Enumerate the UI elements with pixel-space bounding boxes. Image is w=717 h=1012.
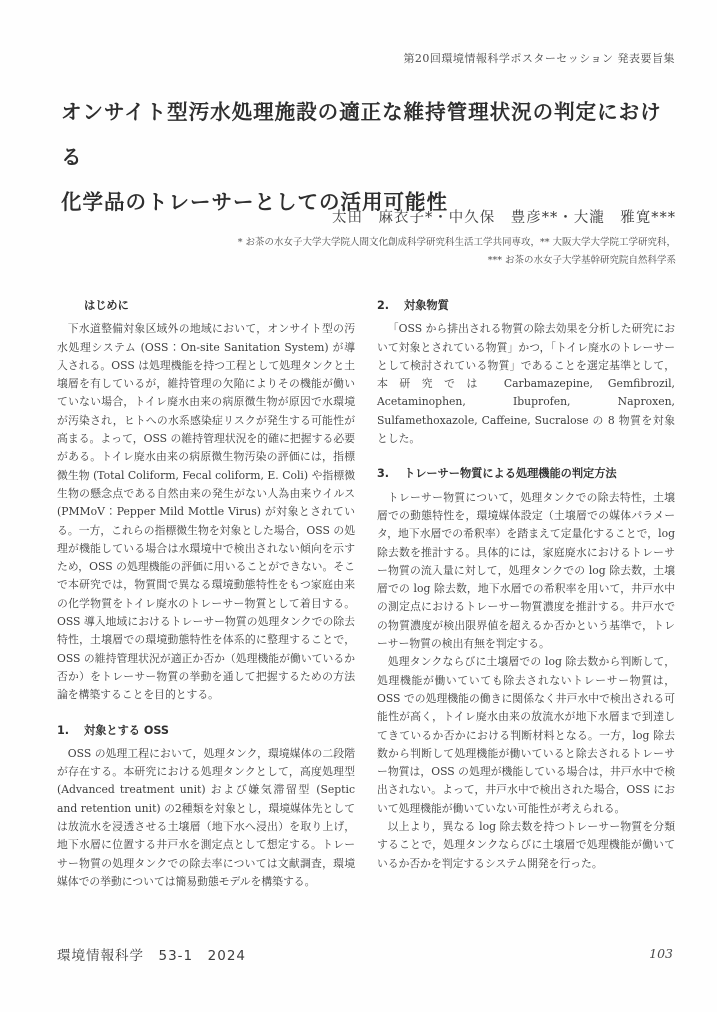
section-1-number: 1. (57, 722, 84, 740)
paper-title: オンサイト型汚水処理施設の適正な維持管理状況の判定における 化学品のトレーサーと… (61, 90, 676, 225)
paper-title-line1: オンサイト型汚水処理施設の適正な維持管理状況の判定における (61, 90, 676, 180)
author-names: 太田 麻衣子*・中久保 豊彦**・大瀧 雅寛*** (332, 206, 676, 227)
paper-page: 第20回環境情報科学ポスターセッション 発表要旨集 オンサイト型汚水処理施設の適… (0, 0, 717, 1012)
section-heading-1: 1. 対象とする OSS (57, 722, 355, 740)
section-1-paragraph: OSS の処理工程において，処理タンク，環境媒体の二段階が存在する。本研究におけ… (57, 745, 355, 891)
affiliation-line2: *** お茶の水女子大学基幹研究院自然科学系 (238, 252, 676, 270)
booklet-header: 第20回環境情報科学ポスターセッション 発表要旨集 (403, 50, 675, 66)
section-2-number: 2. (377, 297, 404, 315)
intro-paragraph: 下水道整備対象区域外の地域において，オンサイト型の汚水処理システム (OSS：O… (57, 320, 355, 704)
section-heading-intro: はじめに (57, 297, 355, 315)
page-number: 103 (649, 946, 673, 961)
section-heading-3: 3. トレーサー物質による処理機能の判定方法 (377, 465, 675, 483)
section-3-paragraph-3: 以上より，異なる log 除去数を持つトレーサー物質を分類することで，処理タンク… (377, 818, 675, 873)
section-heading-2: 2. 対象物質 (377, 297, 675, 315)
section-3-number: 3. (377, 465, 404, 483)
journal-footer: 環境情報科学 53-1 2024 (57, 944, 246, 964)
left-column: はじめに 下水道整備対象区域外の地域において，オンサイト型の汚水処理システム (… (57, 297, 355, 891)
section-3-paragraph-2: 処理タンクならびに土壌層での log 除去数から判断して，処理機能が働いていても… (377, 653, 675, 818)
affiliations: * お茶の水女子大学大学院人間文化創成科学研究科生活工学共同専攻，** 大阪大学… (238, 234, 676, 270)
section-2-paragraph: 「OSS から排出される物質の除去効果を分析した研究において対象とされている物質… (377, 320, 675, 448)
section-3-title: トレーサー物質による処理機能の判定方法 (404, 465, 617, 483)
section-2-title: 対象物質 (404, 297, 449, 315)
right-column: 2. 対象物質 「OSS から排出される物質の除去効果を分析した研究において対象… (377, 297, 675, 891)
section-1-title: 対象とする OSS (84, 722, 169, 740)
two-column-body: はじめに 下水道整備対象区域外の地域において，オンサイト型の汚水処理システム (… (57, 297, 675, 891)
section-3-paragraph-1: トレーサー物質について，処理タンクでの除去特性，土壌層での動態特性を，環境媒体設… (377, 489, 675, 654)
section-heading-intro-label: はじめに (84, 297, 129, 315)
affiliation-line1: * お茶の水女子大学大学院人間文化創成科学研究科生活工学共同専攻，** 大阪大学… (238, 234, 676, 252)
